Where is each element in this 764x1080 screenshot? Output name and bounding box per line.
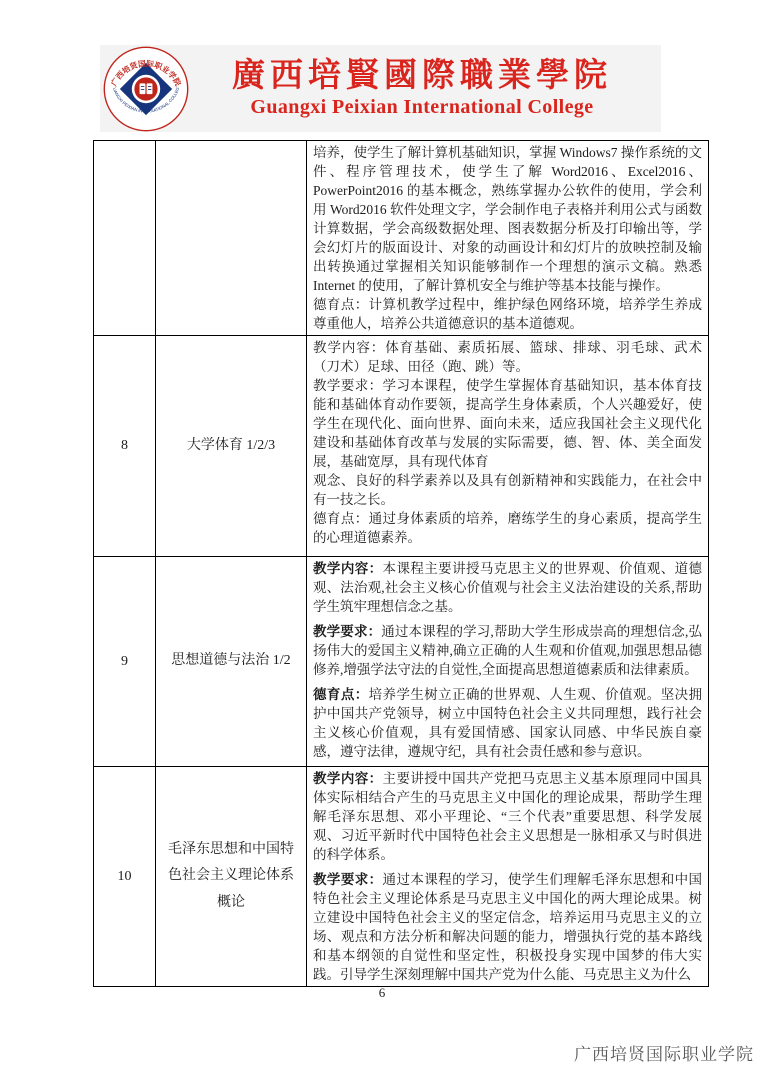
college-title-english: Guangxi Peixian International College bbox=[189, 96, 655, 119]
course-description-cell: 教学内容：主要讲授中国共产党把马克思主义基本原理同中国具体实际相结合产生的马克思… bbox=[307, 767, 709, 987]
table-row: 9思想道德与法治 1/2教学内容：本课程主要讲授马克思主义的世界观、价值观、道德… bbox=[94, 557, 709, 767]
description-paragraph: 培养，使学生了解计算机基础知识，掌握 Windows7 操作系统的文件、程序管理… bbox=[313, 143, 702, 295]
description-paragraph: 教学内容：本课程主要讲授马克思主义的世界观、价值观、道德观、法治观,社会主义核心… bbox=[313, 559, 702, 616]
description-paragraph: 德育点：通过身体素质的培养，磨练学生的身心素质，提高学生的心理道德素养。 bbox=[313, 509, 702, 547]
description-paragraph: 教学内容：主要讲授中国共产党把马克思主义基本原理同中国具体实际相结合产生的马克思… bbox=[313, 769, 702, 864]
course-description-cell: 培养，使学生了解计算机基础知识，掌握 Windows7 操作系统的文件、程序管理… bbox=[307, 141, 709, 336]
course-number-cell: 8 bbox=[94, 336, 156, 557]
description-paragraph: 教学内容：体育基础、素质拓展、篮球、排球、羽毛球、武术（刀术）足球、田径（跑、跳… bbox=[313, 338, 702, 376]
paragraph-label: 教学内容： bbox=[313, 561, 383, 576]
paragraph-label: 德育点： bbox=[313, 687, 369, 702]
page-number: 6 bbox=[0, 985, 764, 1001]
course-name-cell: 大学体育 1/2/3 bbox=[156, 336, 307, 557]
course-description-cell: 教学内容：体育基础、素质拓展、篮球、排球、羽毛球、武术（刀术）足球、田径（跑、跳… bbox=[307, 336, 709, 557]
course-description-cell: 教学内容：本课程主要讲授马克思主义的世界观、价值观、道德观、法治观,社会主义核心… bbox=[307, 557, 709, 767]
course-number-cell: 10 bbox=[94, 767, 156, 987]
college-titles: 廣西培賢國際職業學院 Guangxi Peixian International… bbox=[189, 58, 661, 119]
description-paragraph: 德育点：培养学生树立正确的世界观、人生观、价值观。坚决拥护中国共产党领导，树立中… bbox=[313, 685, 702, 761]
course-table: 培养，使学生了解计算机基础知识，掌握 Windows7 操作系统的文件、程序管理… bbox=[93, 140, 709, 987]
paragraph-label: 教学内容： bbox=[313, 771, 383, 786]
course-number-cell: 9 bbox=[94, 557, 156, 767]
course-name-cell: 毛泽东思想和中国特色社会主义理论体系概论 bbox=[156, 767, 307, 987]
college-seal-icon: 广西培贤国际职业学院 GUANGXI PEIXIAN INTERNATIONAL… bbox=[103, 46, 189, 132]
document-page: 广西培贤国际职业学院 GUANGXI PEIXIAN INTERNATIONAL… bbox=[0, 0, 764, 1080]
course-name-cell bbox=[156, 141, 307, 336]
description-paragraph: 德育点：计算机教学过程中，维护绿色网络环境，培养学生养成尊重他人，培养公共道德意… bbox=[313, 295, 702, 333]
table-row: 8大学体育 1/2/3教学内容：体育基础、素质拓展、篮球、排球、羽毛球、武术（刀… bbox=[94, 336, 709, 557]
course-name-cell: 思想道德与法治 1/2 bbox=[156, 557, 307, 767]
table-row: 培养，使学生了解计算机基础知识，掌握 Windows7 操作系统的文件、程序管理… bbox=[94, 141, 709, 336]
paragraph-label: 教学要求： bbox=[313, 624, 381, 639]
description-paragraph: 教学要求：通过本课程的学习,帮助大学生形成崇高的理想信念,弘扬伟大的爱国主义精神… bbox=[313, 622, 702, 679]
description-paragraph: 教学要求：通过本课程的学习，使学生们理解毛泽东思想和中国特色社会主义理论体系是马… bbox=[313, 870, 702, 984]
table-row: 10毛泽东思想和中国特色社会主义理论体系概论教学内容：主要讲授中国共产党把马克思… bbox=[94, 767, 709, 987]
course-number-cell bbox=[94, 141, 156, 336]
college-title-chinese: 廣西培賢國際職業學院 bbox=[189, 58, 655, 95]
description-paragraph: 教学要求：学习本课程，使学生掌握体育基础知识，基本体育技能和基础体育动作要领，提… bbox=[313, 376, 702, 471]
paragraph-label: 教学要求： bbox=[313, 872, 383, 887]
footer-college-name: 广西培贤国际职业学院 bbox=[574, 1040, 754, 1065]
college-header: 广西培贤国际职业学院 GUANGXI PEIXIAN INTERNATIONAL… bbox=[100, 45, 661, 132]
course-table-body: 培养，使学生了解计算机基础知识，掌握 Windows7 操作系统的文件、程序管理… bbox=[94, 141, 709, 987]
description-paragraph: 观念、良好的科学素养以及具有创新精神和实践能力，在社会中有一技之长。 bbox=[313, 471, 702, 509]
